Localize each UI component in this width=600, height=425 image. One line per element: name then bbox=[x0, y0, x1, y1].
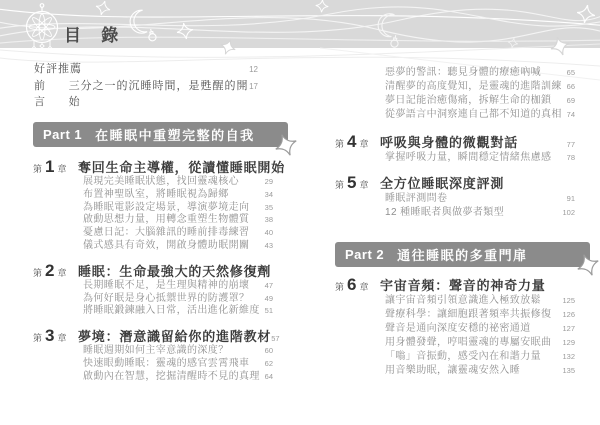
toc-entry: 掌握呼吸力量，瞬間穩定情緒焦慮感 bbox=[385, 151, 551, 165]
sparkle-star-icon bbox=[271, 130, 301, 160]
toc-row: 為睡眠電影設定場景，導演夢境走向35 bbox=[83, 202, 288, 215]
toc-entry: 12 種睡眠者與做夢者類型 bbox=[385, 206, 504, 220]
toc-row: 為何好眠是身心抵禦世界的防護罩？49 bbox=[83, 293, 288, 306]
toc-row: 長期睡眠不足，是生理與精神的崩壞47 bbox=[83, 280, 288, 293]
toc-row: 展現完美睡眠狀態，找回靈魂核心29 bbox=[83, 176, 288, 189]
front-row-prefix: 前言 bbox=[34, 78, 57, 110]
page-number: 132 bbox=[562, 350, 590, 364]
chapter-heading: 第 2 章 睡眠：生命最強大的天然修復劑 bbox=[33, 261, 288, 280]
toc-row: 讓宇宙音頻引領意識進入極致放鬆125 bbox=[385, 294, 590, 308]
front-row-label: 好評推薦 bbox=[34, 61, 82, 77]
toc-row: 「嗡」音振動，感受內在和諧力量132 bbox=[385, 350, 590, 364]
toc-row: 掌握呼吸力量，瞬間穩定情緒焦慮感78 bbox=[385, 151, 590, 165]
toc-entry: 睡眠週期如何主宰意識的深度？ bbox=[83, 345, 229, 358]
chapter-number: 第 5 章 bbox=[335, 174, 380, 191]
toc-row: 夢日記能治癒傷痛，拆解生命的枷鎖69 bbox=[385, 94, 590, 108]
chapter-number: 第 1 章 bbox=[33, 158, 78, 175]
chapter-number-suffix: 章 bbox=[57, 331, 66, 344]
chapter-items: 展現完美睡眠狀態，找回靈魂核心29 布置神聖臥室，將睡眠視為歸鄉34 為睡眠電影… bbox=[33, 176, 288, 253]
chapter-number-digit: 5 bbox=[347, 174, 356, 191]
chapter-items: 掌握呼吸力量，瞬間穩定情緒焦慮感78 bbox=[335, 151, 590, 165]
chapter-heading: 第 6 章 宇宙音頻：聲音的神奇力量 bbox=[335, 275, 590, 294]
toc-entry: 清醒夢的高度覺知，是靈魂的進階訓練 bbox=[385, 80, 562, 94]
toc-row: 惡夢的警訊：聽見身體的療癒吶喊65 bbox=[385, 66, 590, 80]
chapter-heading: 第 4 章 呼吸與身體的微觀對話 77 bbox=[335, 132, 590, 151]
page-number: 57 bbox=[271, 334, 294, 343]
toc-entry: 讓宇宙音頻引領意識進入極致放鬆 bbox=[385, 294, 541, 308]
part1-banner: Part 1 在睡眠中重塑完整的自我 bbox=[33, 122, 288, 147]
toc-entry: 聲音是通向深度安穩的祕密通道 bbox=[385, 322, 531, 336]
chapter-number-suffix: 章 bbox=[359, 280, 368, 293]
page-number: 65 bbox=[567, 66, 590, 80]
chapter-title: 睡眠：生命最強大的天然修復劑 bbox=[78, 261, 271, 280]
page-number: 126 bbox=[562, 308, 590, 322]
chapter-number: 第 2 章 bbox=[33, 262, 78, 279]
chapter-2: 第 2 章 睡眠：生命最強大的天然修復劑 長期睡眠不足，是生理與精神的崩壞47 … bbox=[33, 261, 288, 318]
toc-entry: 為何好眠是身心抵禦世界的防護罩？ bbox=[83, 293, 249, 306]
page-number: 127 bbox=[562, 322, 590, 336]
page-number: 91 bbox=[567, 192, 590, 206]
toc-entry: 夢日記能治癒傷痛，拆解生命的枷鎖 bbox=[385, 94, 551, 108]
toc-row: 聲音是通向深度安穩的祕密通道127 bbox=[385, 322, 590, 336]
toc-entry: 長期睡眠不足，是生理與精神的崩壞 bbox=[83, 280, 249, 293]
toc-row: 12 種睡眠者與做夢者類型102 bbox=[385, 206, 590, 220]
toc-entry: 用身體發聲，哼唱靈魂的專屬安眠曲 bbox=[385, 336, 551, 350]
chapter-number-prefix: 第 bbox=[335, 178, 344, 191]
toc-entry: 從夢語言中洞察連自己都不知道的真相 bbox=[385, 108, 562, 122]
page-number: 62 bbox=[265, 358, 288, 371]
chapter-title: 夢境：潛意識留給你的進階教材 bbox=[78, 326, 271, 345]
chapter-number-prefix: 第 bbox=[33, 331, 42, 344]
part2-banner-wrap: Part 2 通往睡眠的多重門扉 bbox=[335, 242, 590, 267]
chapter-number-prefix: 第 bbox=[33, 266, 42, 279]
toc-entry: 啟動內在智慧，挖掘清醒時不見的真理 bbox=[83, 371, 260, 384]
toc-entry: 用音樂助眠，讓靈魂安然入睡 bbox=[385, 364, 520, 378]
page-title: 目 錄 bbox=[64, 21, 126, 46]
toc-row: 聲療科學：讓細胞跟著頻率共振修復126 bbox=[385, 308, 590, 322]
page-number: 51 bbox=[265, 305, 288, 318]
page-number: 29 bbox=[265, 176, 288, 189]
chapter-number: 第 4 章 bbox=[335, 133, 380, 150]
toc-entry: 儀式感具有奇效，開啟身體助眠開關 bbox=[83, 240, 249, 253]
page-number: 17 bbox=[249, 79, 258, 95]
page-number: 69 bbox=[567, 94, 590, 108]
sparkle-star-icon bbox=[573, 250, 600, 280]
chapter-title: 奪回生命主導權，從讀懂睡眠開始 bbox=[78, 157, 285, 176]
page-number: 74 bbox=[567, 108, 590, 122]
toc-row: 憂慮日記：大腦雜訊的睡前排毒練習40 bbox=[83, 227, 288, 240]
chapter-number-digit: 3 bbox=[45, 327, 54, 344]
toc-entry: 睡眠評測問卷 bbox=[385, 192, 447, 206]
chapter-4: 第 4 章 呼吸與身體的微觀對話 77 掌握呼吸力量，瞬間穩定情緒焦慮感78 bbox=[335, 132, 590, 165]
part-title: 通往睡眠的多重門扉 bbox=[397, 245, 528, 264]
page-number: 34 bbox=[265, 189, 288, 202]
page-number: 135 bbox=[562, 364, 590, 378]
toc-row: 睡眠評測問卷91 bbox=[385, 192, 590, 206]
chapter-number-prefix: 第 bbox=[33, 162, 42, 175]
chapter-6: 第 6 章 宇宙音頻：聲音的神奇力量 讓宇宙音頻引領意識進入極致放鬆125 聲療… bbox=[335, 275, 590, 378]
front-row-label: 三分之一的沉睡時間，是甦醒的開始 bbox=[69, 78, 250, 110]
chapter-3: 第 3 章 夢境：潛意識留給你的進階教材 57 睡眠週期如何主宰意識的深度？60… bbox=[33, 326, 288, 383]
toc-entry: 將睡眠鍛鍊融入日常，活出進化新維度 bbox=[83, 305, 260, 318]
toc-entry: 展現完美睡眠狀態，找回靈魂核心 bbox=[83, 176, 239, 189]
part-label: Part 2 bbox=[345, 247, 384, 262]
chapter-3-continued-items: 惡夢的警訊：聽見身體的療癒吶喊65 清醒夢的高度覺知，是靈魂的進階訓練66 夢日… bbox=[335, 60, 590, 122]
book-toc-page: { "header": { "title": "目 錄" }, "theme":… bbox=[0, 0, 600, 425]
page-number: 77 bbox=[567, 140, 590, 149]
toc-row: 用音樂助眠，讓靈魂安然入睡135 bbox=[385, 364, 590, 378]
toc-row: 啟動內在智慧，挖掘清醒時不見的真理64 bbox=[83, 371, 288, 384]
chapter-items: 睡眠評測問卷91 12 種睡眠者與做夢者類型102 bbox=[335, 192, 590, 220]
chapter-5: 第 5 章 全方位睡眠深度評測 睡眠評測問卷91 12 種睡眠者與做夢者類型10… bbox=[335, 173, 590, 220]
toc-row: 用身體發聲，哼唱靈魂的專屬安眠曲129 bbox=[385, 336, 590, 350]
chapter-items: 讓宇宙音頻引領意識進入極致放鬆125 聲療科學：讓細胞跟著頻率共振修復126 聲… bbox=[335, 294, 590, 378]
chapter-number-suffix: 章 bbox=[57, 162, 66, 175]
chapter-number-prefix: 第 bbox=[335, 280, 344, 293]
page-number: 66 bbox=[567, 80, 590, 94]
toc-row: 儀式感具有奇效，開啟身體助眠開關43 bbox=[83, 240, 288, 253]
front-matter: 好評推薦 12 前言 三分之一的沉睡時間，是甦醒的開始 17 bbox=[34, 61, 258, 110]
chapter-1: 第 1 章 奪回生命主導權，從讀懂睡眠開始 展現完美睡眠狀態，找回靈魂核心29 … bbox=[33, 157, 288, 253]
chapter-items: 睡眠週期如何主宰意識的深度？60 快速眼動睡眠：靈魂的感官雲霄飛車62 啟動內在… bbox=[33, 345, 288, 383]
chapter-number-digit: 6 bbox=[347, 276, 356, 293]
toc-row: 好評推薦 12 bbox=[34, 61, 258, 78]
chapter-title: 呼吸與身體的微觀對話 bbox=[380, 132, 518, 151]
page-number: 38 bbox=[265, 214, 288, 227]
toc-row: 睡眠週期如何主宰意識的深度？60 bbox=[83, 345, 288, 358]
toc-row: 清醒夢的高度覺知，是靈魂的進階訓練66 bbox=[385, 80, 590, 94]
toc-entry: 「嗡」音振動，感受內在和諧力量 bbox=[385, 350, 541, 364]
chapter-title: 宇宙音頻：聲音的神奇力量 bbox=[380, 275, 546, 294]
toc-row: 前言 三分之一的沉睡時間，是甦醒的開始 17 bbox=[34, 78, 258, 110]
toc-right-column: 惡夢的警訊：聽見身體的療癒吶喊65 清醒夢的高度覺知，是靈魂的進階訓練66 夢日… bbox=[335, 60, 590, 378]
toc-left-column: Part 1 在睡眠中重塑完整的自我 第 1 章 奪回生命主導權，從讀懂睡眠開始… bbox=[33, 122, 288, 384]
page-number: 64 bbox=[265, 371, 288, 384]
page-number: 60 bbox=[265, 345, 288, 358]
toc-entry: 啟動思想力量，用轉念重塑生物體質 bbox=[83, 214, 249, 227]
chapter-items: 長期睡眠不足，是生理與精神的崩壞47 為何好眠是身心抵禦世界的防護罩？49 將睡… bbox=[33, 280, 288, 318]
page-number: 102 bbox=[562, 206, 590, 220]
chapter-number-suffix: 章 bbox=[359, 178, 368, 191]
page-number: 12 bbox=[249, 62, 258, 78]
toc-row: 布置神聖臥室，將睡眠視為歸鄉34 bbox=[83, 189, 288, 202]
page-number: 78 bbox=[567, 151, 590, 165]
chapter-number-digit: 4 bbox=[347, 133, 356, 150]
toc-entry: 聲療科學：讓細胞跟著頻率共振修復 bbox=[385, 308, 551, 322]
chapter-number-prefix: 第 bbox=[335, 137, 344, 150]
part-title: 在睡眠中重塑完整的自我 bbox=[95, 125, 255, 144]
chapter-heading: 第 1 章 奪回生命主導權，從讀懂睡眠開始 bbox=[33, 157, 288, 176]
toc-row: 啟動思想力量，用轉念重塑生物體質38 bbox=[83, 214, 288, 227]
chapter-number: 第 3 章 bbox=[33, 327, 78, 344]
page-number: 40 bbox=[265, 227, 288, 240]
toc-entry: 快速眼動睡眠：靈魂的感官雲霄飛車 bbox=[83, 358, 249, 371]
toc-row: 將睡眠鍛鍊融入日常，活出進化新維度51 bbox=[83, 305, 288, 318]
page-number: 47 bbox=[265, 280, 288, 293]
chapter-number-digit: 2 bbox=[45, 262, 54, 279]
page-number: 125 bbox=[562, 294, 590, 308]
toc-entry: 為睡眠電影設定場景，導演夢境走向 bbox=[83, 202, 249, 215]
toc-row: 從夢語言中洞察連自己都不知道的真相74 bbox=[385, 108, 590, 122]
chapter-heading: 第 3 章 夢境：潛意識留給你的進階教材 57 bbox=[33, 326, 288, 345]
toc-entry: 憂慮日記：大腦雜訊的睡前排毒練習 bbox=[83, 227, 249, 240]
toc-row: 快速眼動睡眠：靈魂的感官雲霄飛車62 bbox=[83, 358, 288, 371]
page-number: 43 bbox=[265, 240, 288, 253]
part2-banner: Part 2 通往睡眠的多重門扉 bbox=[335, 242, 590, 267]
chapter-number-suffix: 章 bbox=[57, 266, 66, 279]
toc-entry: 布置神聖臥室，將睡眠視為歸鄉 bbox=[83, 189, 229, 202]
part-label: Part 1 bbox=[43, 127, 82, 142]
chapter-number: 第 6 章 bbox=[335, 276, 380, 293]
toc-entry: 惡夢的警訊：聽見身體的療癒吶喊 bbox=[385, 66, 541, 80]
page-number: 49 bbox=[265, 293, 288, 306]
page-number: 35 bbox=[265, 202, 288, 215]
chapter-heading: 第 5 章 全方位睡眠深度評測 bbox=[335, 173, 590, 192]
chapter-number-suffix: 章 bbox=[359, 137, 368, 150]
page-number: 129 bbox=[562, 336, 590, 350]
chapter-number-digit: 1 bbox=[45, 158, 54, 175]
chapter-title: 全方位睡眠深度評測 bbox=[380, 173, 504, 192]
